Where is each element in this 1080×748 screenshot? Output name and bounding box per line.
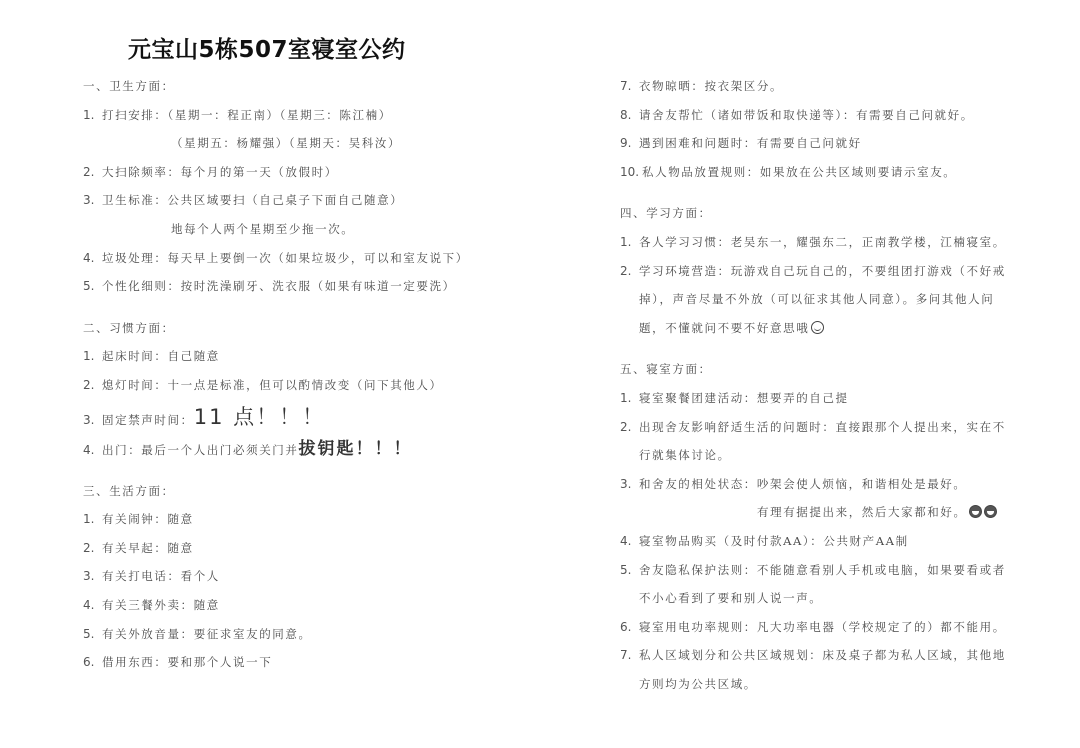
grin-icon (969, 505, 982, 518)
item-number: 7. (620, 72, 639, 101)
item-number: 1. (620, 228, 639, 257)
hygiene-item-1-cont: （星期五：杨耀强）（星期天：吴科汝） (83, 129, 553, 158)
hygiene-item-1: 1.打扫安排：（星期一：程正南）（星期三：陈江楠） (83, 101, 553, 130)
item-text: 寝室聚餐团建活动：想要弄的自己提 (639, 391, 849, 405)
item-text: 有关外放音量：要征求室友的同意。 (102, 627, 312, 641)
dorm-item-2: 2.出现舍友影响舒适生活的问题时：直接跟那个人提出来，实在不 (620, 413, 1020, 442)
item-text: 有关三餐外卖：随意 (102, 598, 220, 612)
life-item-4: 4.有关三餐外卖：随意 (83, 591, 553, 620)
item-text: 私人区域划分和公共区域规划：床及桌子都为私人区域，其他地 (639, 648, 1006, 662)
item-text: 有关打电话：看个人 (102, 569, 220, 583)
item-number: 3. (620, 470, 639, 499)
item-number: 8. (620, 101, 639, 130)
item-number: 6. (83, 648, 102, 677)
dorm-item-6: 6.寝室用电功率规则：凡大功率电器（学校规定了的）都不能用。 (620, 613, 1020, 642)
item-text: 学习环境营造：玩游戏自己玩自己的，不要组团打游戏（不好戒 (639, 264, 1006, 278)
smile-icon (811, 321, 824, 334)
item-text: 打扫安排：（星期一：程正南）（星期三：陈江楠） (102, 108, 392, 122)
item-number: 5. (83, 272, 102, 301)
dorm-item-3-cont: 有理有据提出来，然后大家都和好。 (620, 498, 1020, 527)
life-item-5: 5.有关外放音量：要征求室友的同意。 (83, 620, 553, 649)
item-number: 4. (83, 591, 102, 620)
life-item-7: 7.衣物晾晒：按衣架区分。 (620, 72, 1020, 101)
dorm-item-2-cont: 行就集体讨论。 (620, 441, 1020, 470)
item-number: 2. (620, 413, 639, 442)
item-number: 1. (83, 101, 102, 130)
item-text: 卫生标准：公共区域要扫（自己桌子下面自己随意） (102, 193, 403, 207)
item-number: 1. (83, 505, 102, 534)
item-text: 起床时间：自己随意 (102, 349, 220, 363)
dorm-item-7-cont: 方则均为公共区域。 (620, 670, 1020, 699)
item-text: 有理有据提出来，然后大家都和好。 (757, 505, 967, 519)
study-item-2-cont: 掉），声音尽量不外放（可以征求其他人同意）。多问其他人问 (620, 285, 1020, 314)
item-number: 4. (83, 244, 102, 273)
item-number: 4. (83, 435, 102, 465)
life-item-6: 6.借用东西：要和那个人说一下 (83, 648, 553, 677)
item-text: 大扫除频率：每个月的第一天（放假时） (102, 165, 338, 179)
habits-item-4: 4.出门：最后一个人出门必须关门并拔钥匙！！！ (83, 434, 553, 464)
hygiene-item-4: 4.垃圾处理：每天早上要倒一次（如果垃圾少，可以和室友说下） (83, 244, 553, 273)
dorm-item-5-cont: 不小心看到了要和别人说一声。 (620, 584, 1020, 613)
item-text: 舍友隐私保护法则：不能随意看别人手机或电脑，如果要看或者 (639, 563, 1006, 577)
item-text: 寝室物品购买（及时付款AA）：公共财产AA制 (639, 534, 909, 548)
item-number: 2. (83, 534, 102, 563)
item-text: 出现舍友影响舒适生活的问题时：直接跟那个人提出来，实在不 (639, 420, 1006, 434)
item-text: 请舍友帮忙（诸如带饭和取快递等）：有需要自己问就好。 (639, 108, 974, 122)
item-number: 7. (620, 641, 639, 670)
life-item-2: 2.有关早起：随意 (83, 534, 553, 563)
document-title: 元宝山5栋507室寝室公约 (128, 31, 406, 64)
dorm-item-7: 7.私人区域划分和公共区域规划：床及桌子都为私人区域，其他地 (620, 641, 1020, 670)
item-number: 6. (620, 613, 639, 642)
item-number: 9. (620, 129, 639, 158)
section-heading-habits: 二、习惯方面： (83, 314, 553, 343)
grimace-icon (984, 505, 997, 518)
dorm-item-3: 3.和舍友的相处状态：吵架会使人烦恼，和谐相处是最好。 (620, 470, 1020, 499)
item-text: 衣物晾晒：按衣架区分。 (639, 79, 783, 93)
item-text: 和舍友的相处状态：吵架会使人烦恼，和谐相处是最好。 (639, 477, 967, 491)
dorm-item-5: 5.舍友隐私保护法则：不能随意看别人手机或电脑，如果要看或者 (620, 556, 1020, 585)
item-number: 10. (620, 158, 642, 187)
life-item-10: 10.私人物品放置规则：如果放在公共区域则要请示室友。 (620, 158, 1020, 187)
item-text: 熄灯时间：十一点是标准，但可以酌情改变（问下其他人） (102, 378, 443, 392)
item-number: 1. (83, 342, 102, 371)
key-emphasis: 拔钥匙！！！ (299, 439, 413, 459)
item-text: 有关早起：随意 (102, 541, 194, 555)
item-text: 遇到困难和问题时：有需要自己问就好 (639, 136, 862, 150)
quiet-time-emphasis: 11 点！！！ (194, 405, 325, 429)
item-number: 2. (83, 158, 102, 187)
item-number: 3. (83, 403, 102, 437)
item-text: 题，不懂就问不要不好意思哦 (639, 321, 809, 335)
item-number: 3. (83, 562, 102, 591)
right-column: 7.衣物晾晒：按衣架区分。 8.请舍友帮忙（诸如带饭和取快递等）：有需要自己问就… (620, 72, 1020, 698)
dorm-item-1: 1.寝室聚餐团建活动：想要弄的自己提 (620, 384, 1020, 413)
item-number: 5. (83, 620, 102, 649)
study-item-2: 2.学习环境营造：玩游戏自己玩自己的，不要组团打游戏（不好戒 (620, 257, 1020, 286)
life-item-3: 3.有关打电话：看个人 (83, 562, 553, 591)
hygiene-item-5: 5.个性化细则：按时洗澡刷牙、洗衣服（如果有味道一定要洗） (83, 272, 553, 301)
section-heading-life: 三、生活方面： (83, 477, 553, 506)
item-text: 借用东西：要和那个人说一下 (102, 655, 272, 669)
life-item-9: 9.遇到困难和问题时：有需要自己问就好 (620, 129, 1020, 158)
dorm-item-4: 4.寝室物品购买（及时付款AA）：公共财产AA制 (620, 527, 1020, 556)
item-text: 个性化细则：按时洗澡刷牙、洗衣服（如果有味道一定要洗） (102, 279, 456, 293)
hygiene-item-2: 2.大扫除频率：每个月的第一天（放假时） (83, 158, 553, 187)
item-text: 各人学习习惯：老吴东一，耀强东二，正南教学楼，江楠寝室。 (639, 235, 1006, 249)
habits-item-1: 1.起床时间：自己随意 (83, 342, 553, 371)
item-number: 2. (83, 371, 102, 400)
section-heading-dorm: 五、寝室方面： (620, 355, 1020, 384)
hygiene-item-3-cont: 地每个人两个星期至少拖一次。 (83, 215, 553, 244)
item-text: 垃圾处理：每天早上要倒一次（如果垃圾少，可以和室友说下） (102, 251, 469, 265)
item-text: 私人物品放置规则：如果放在公共区域则要请示室友。 (642, 165, 956, 179)
item-text: 固定禁声时间： (102, 413, 194, 427)
left-column: 一、卫生方面： 1.打扫安排：（星期一：程正南）（星期三：陈江楠） （星期五：杨… (83, 72, 553, 677)
habits-item-2: 2.熄灯时间：十一点是标准，但可以酌情改变（问下其他人） (83, 371, 553, 400)
item-number: 2. (620, 257, 639, 286)
life-item-1: 1.有关闹钟：随意 (83, 505, 553, 534)
item-number: 1. (620, 384, 639, 413)
item-text: 寝室用电功率规则：凡大功率电器（学校规定了的）都不能用。 (639, 620, 1006, 634)
section-heading-study: 四、学习方面： (620, 199, 1020, 228)
study-item-2-cont2: 题，不懂就问不要不好意思哦 (620, 314, 1020, 343)
section-heading-hygiene: 一、卫生方面： (83, 72, 553, 101)
study-item-1: 1.各人学习习惯：老吴东一，耀强东二，正南教学楼，江楠寝室。 (620, 228, 1020, 257)
item-number: 3. (83, 186, 102, 215)
item-text: 出门：最后一个人出门必须关门并 (102, 443, 299, 457)
item-number: 5. (620, 556, 639, 585)
item-text: 有关闹钟：随意 (102, 512, 194, 526)
life-item-8: 8.请舍友帮忙（诸如带饭和取快递等）：有需要自己问就好。 (620, 101, 1020, 130)
habits-item-3: 3.固定禁声时间：11 点！！！ (83, 400, 553, 434)
item-number: 4. (620, 527, 639, 556)
hygiene-item-3: 3.卫生标准：公共区域要扫（自己桌子下面自己随意） (83, 186, 553, 215)
